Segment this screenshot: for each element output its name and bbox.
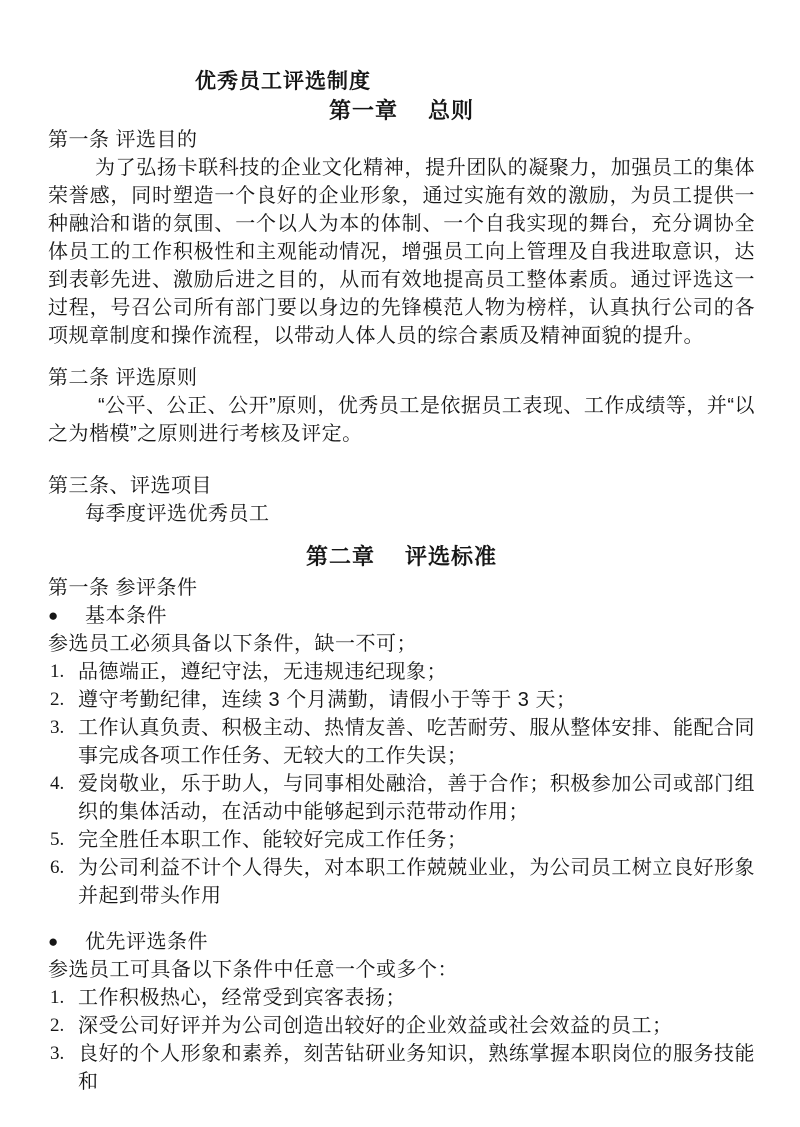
list-item-text: 为公司利益不计个人得失，对本职工作兢兢业业，为公司员工树立良好形象并起到带头作用	[78, 857, 755, 907]
bullet-icon: ●	[48, 928, 85, 956]
bullet-icon: ●	[48, 602, 85, 630]
list-item-number: 3.	[50, 1040, 64, 1068]
list-item: 4.爱岗敬业，乐于助人，与同事相处融洽，善于合作；积极参加公司或部门组织的集体活…	[48, 770, 755, 826]
list-item: 3.工作认真负责、积极主动、热情友善、吃苦耐劳、服从整体安排、能配合同事完成各项…	[48, 714, 755, 770]
basic-conditions-header: ●基本条件	[48, 602, 755, 630]
list-item-text: 深受公司好评并为公司创造出较好的企业效益或社会效益的员工；	[78, 1015, 673, 1037]
list-item: 1.品德端正，遵纪守法，无违规违纪现象；	[48, 658, 755, 686]
article-1-heading: 第一条 评选目的	[48, 126, 755, 154]
article-2-body: “公平、公正、公开”原则，优秀员工是依据员工表现、工作成绩等，并“以之为楷模”之…	[48, 392, 755, 448]
list-item-text: 工作认真负责、积极主动、热情友善、吃苦耐劳、服从整体安排、能配合同事完成各项工作…	[78, 717, 755, 767]
list-item-text: 爱岗敬业，乐于助人，与同事相处融洽，善于合作；积极参加公司或部门组织的集体活动，…	[78, 773, 755, 823]
list-item-text: 工作积极热心，经常受到宾客表扬；	[78, 987, 406, 1009]
list-item-number: 6.	[50, 854, 64, 882]
document-page: 优秀员工评选制度 第一章 总则 第一条 评选目的 为了弘扬卡联科技的企业文化精神…	[0, 0, 800, 1127]
list-item-number: 1.	[50, 984, 64, 1012]
article-3-body: 每季度评选优秀员工	[48, 500, 755, 528]
article-3-heading: 第三条、评选项目	[48, 472, 755, 500]
priority-conditions-header: ●优先评选条件	[48, 928, 755, 956]
list-item-text: 品德端正，遵纪守法，无违规违纪现象；	[78, 661, 447, 683]
list-item-number: 1.	[50, 658, 64, 686]
page-title: 优秀员工评选制度	[48, 68, 755, 96]
chapter-1-heading: 第一章 总则	[48, 96, 755, 126]
priority-conditions-intro: 参选员工可具备以下条件中任意一个或多个：	[48, 956, 755, 984]
list-item-number: 2.	[50, 686, 64, 714]
list-item: 2.遵守考勤纪律，连续 3 个月满勤，请假小于等于 3 天；	[48, 686, 755, 714]
list-item-number: 4.	[50, 770, 64, 798]
list-item: 1.工作积极热心，经常受到宾客表扬；	[48, 984, 755, 1012]
list-item-number: 2.	[50, 1012, 64, 1040]
article-2-heading: 第二条 评选原则	[48, 364, 755, 392]
basic-conditions-intro: 参选员工必须具备以下条件，缺一不可；	[48, 630, 755, 658]
list-item-text: 遵守考勤纪律，连续 3 个月满勤，请假小于等于 3 天；	[78, 689, 576, 711]
basic-conditions-label: 基本条件	[85, 605, 167, 627]
list-item: 3.良好的个人形象和素养，刻苦钻研业务知识，熟练掌握本职岗位的服务技能和	[48, 1040, 755, 1096]
chapter-2-heading: 第二章 评选标准	[48, 542, 755, 572]
list-item: 6.为公司利益不计个人得失，对本职工作兢兢业业，为公司员工树立良好形象并起到带头…	[48, 854, 755, 910]
list-item-text: 完全胜任本职工作、能较好完成工作任务；	[78, 829, 468, 851]
list-item-text: 良好的个人形象和素养，刻苦钻研业务知识，熟练掌握本职岗位的服务技能和	[78, 1043, 755, 1093]
list-item-number: 3.	[50, 714, 64, 742]
list-item-number: 5.	[50, 826, 64, 854]
list-item: 2.深受公司好评并为公司创造出较好的企业效益或社会效益的员工；	[48, 1012, 755, 1040]
chapter-2-article-1-heading: 第一条 参评条件	[48, 574, 755, 602]
list-item: 5.完全胜任本职工作、能较好完成工作任务；	[48, 826, 755, 854]
article-1-body: 为了弘扬卡联科技的企业文化精神，提升团队的凝聚力，加强员工的集体荣誉感，同时塑造…	[48, 154, 755, 350]
priority-conditions-label: 优先评选条件	[85, 931, 208, 953]
